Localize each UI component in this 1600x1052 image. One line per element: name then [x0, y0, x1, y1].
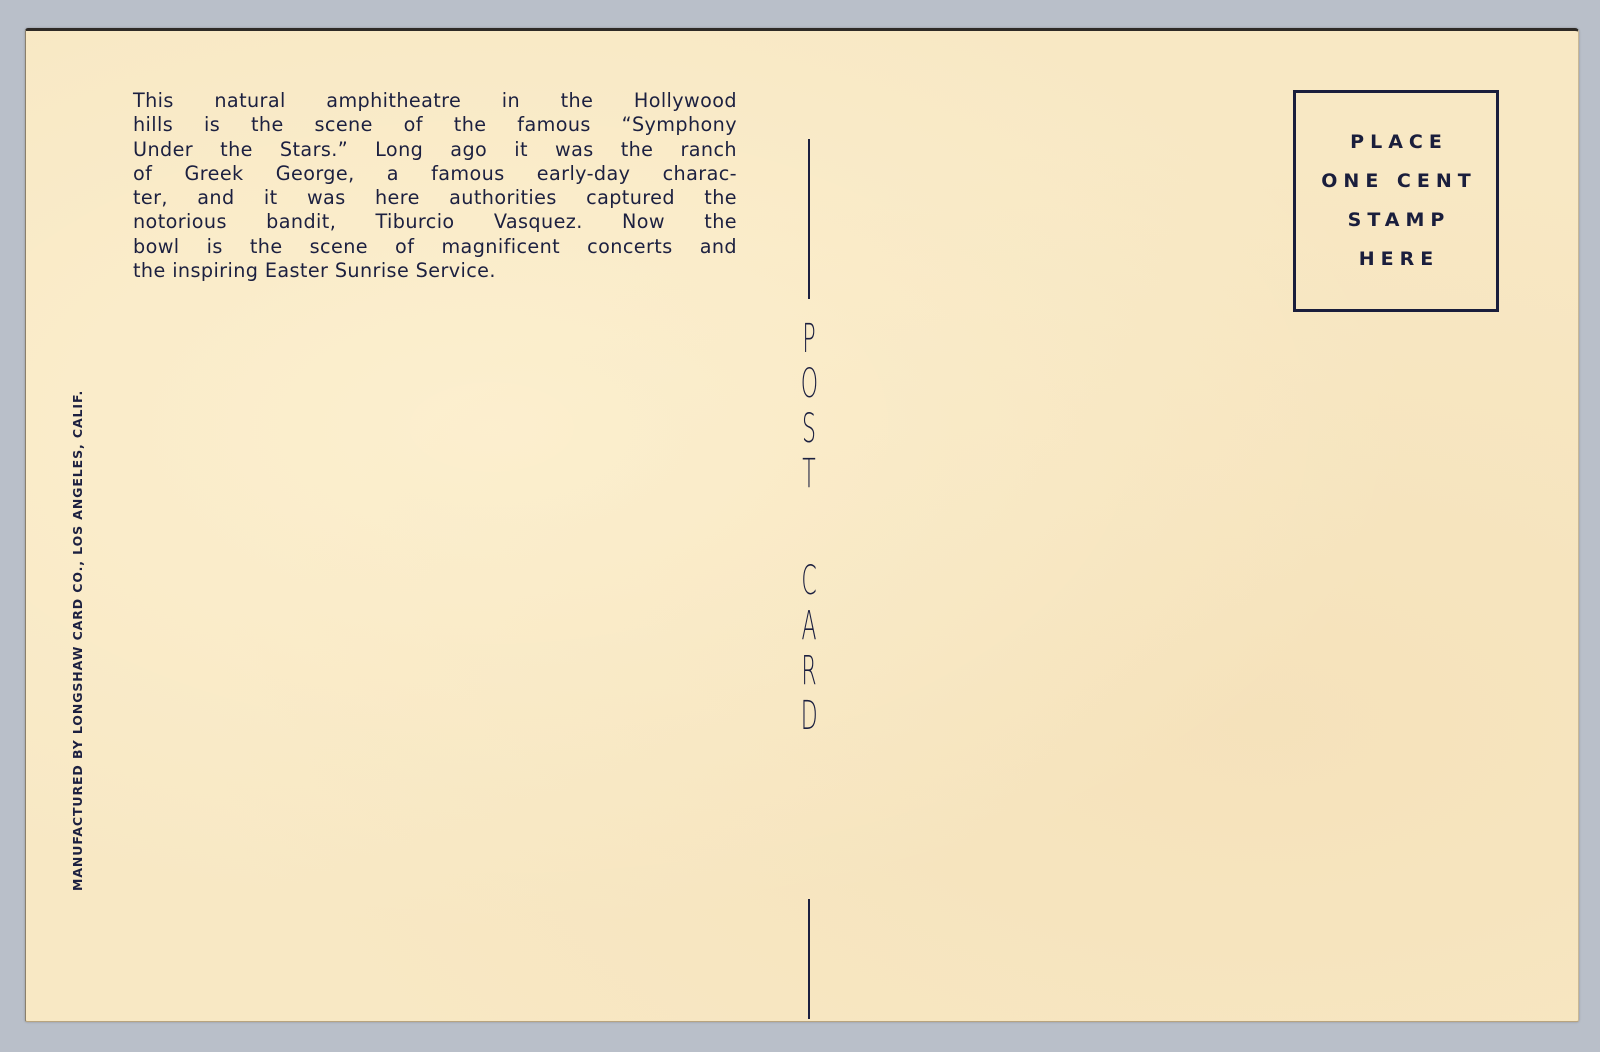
stamp-line: HERE [1296, 248, 1502, 270]
center-divider: P O S T C A R D [794, 139, 824, 959]
postcard-description: This natural amphitheatre in the Hollywo… [133, 89, 737, 283]
stamp-line: PLACE [1296, 131, 1502, 153]
divider-word-post: P O S T [801, 317, 818, 497]
divider-rule-top [808, 139, 810, 299]
postcard-back: This natural amphitheatre in the Hollywo… [25, 28, 1579, 1022]
description-line: hills is the scene of the famous “Sympho… [133, 113, 737, 137]
description-line: This natural amphitheatre in the Hollywo… [133, 89, 737, 113]
description-line: bowl is the scene of magnificent concert… [133, 235, 737, 259]
divider-rule-bottom [808, 899, 810, 1019]
divider-word-card: C A R D [801, 559, 818, 739]
stamp-line: STAMP [1296, 209, 1502, 231]
stamp-box: PLACE ONE CENT STAMP HERE [1293, 90, 1499, 312]
description-line: ter, and it was here authorities capture… [133, 186, 737, 210]
stamp-line: ONE CENT [1296, 170, 1502, 192]
description-line: notorious bandit, Tiburcio Vasquez. Now … [133, 210, 737, 234]
description-line: Under the Stars.” Long ago it was the ra… [133, 138, 737, 162]
description-line: of Greek George, a famous early-day char… [133, 162, 737, 186]
description-line: the inspiring Easter Sunrise Service. [133, 259, 737, 283]
manufacturer-imprint: MANUFACTURED BY LONGSHAW CARD CO., LOS A… [70, 171, 85, 891]
